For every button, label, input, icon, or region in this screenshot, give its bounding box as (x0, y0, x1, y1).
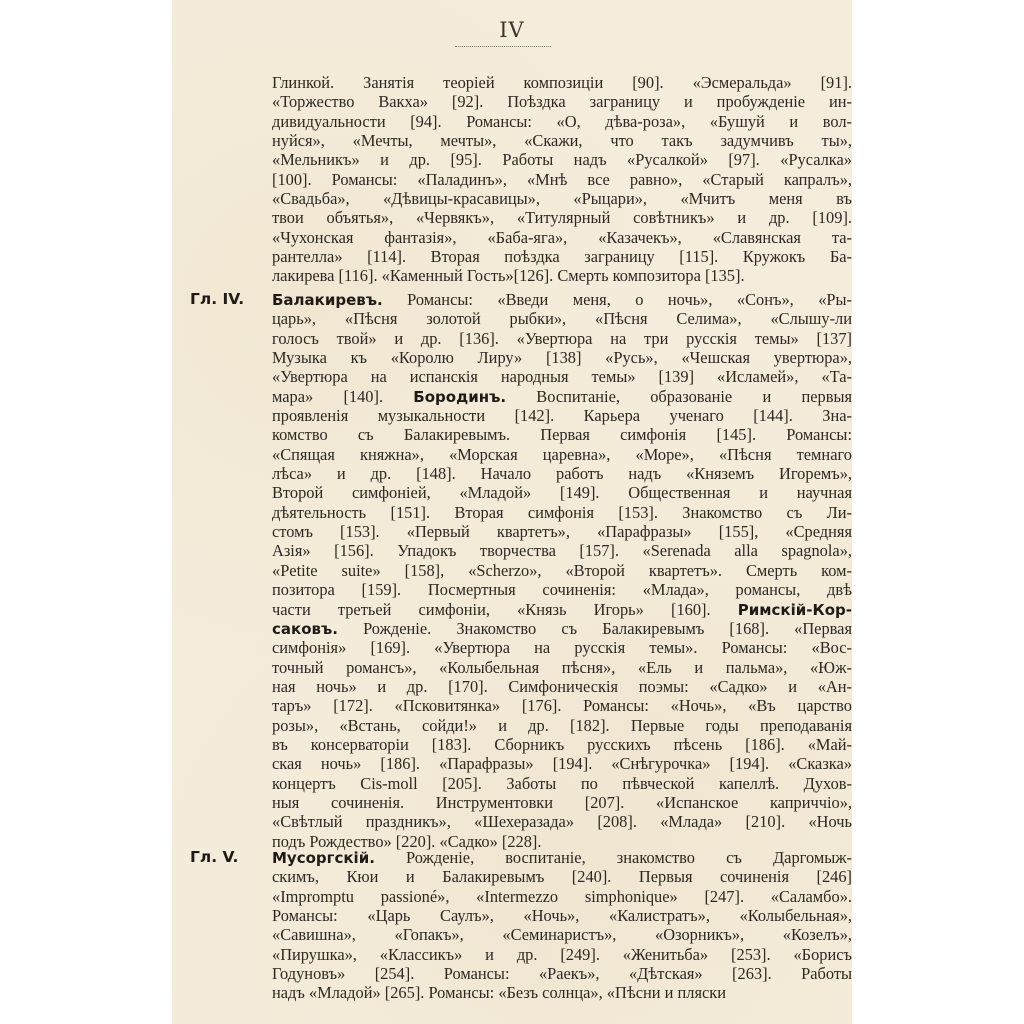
text-line: стомъ [153]. «Первый квартетъ», «Парафра… (272, 522, 852, 541)
text-line: «Petite suite» [158], «Scherzo», «Второй… (272, 561, 852, 580)
composer-name: Бородинъ. (413, 388, 506, 406)
entry-text: «Спящая княжна», «Морская царевна», «Мор… (272, 445, 852, 464)
entry-text: Воспитаніе, образованіе и первыя (506, 387, 852, 406)
text-line: твои объятья», «Червякъ», «Титулярный со… (272, 208, 852, 227)
book-page: IV Глинкой. Занятія теоріей композиціи [… (172, 0, 852, 1024)
entry-text: симфонія» [169]. «Увертюра на русскія те… (272, 638, 852, 657)
text-line: рантелла» [114]. Вторая поѣздка заграниц… (272, 247, 852, 266)
entry-text: Романсы: «Введи меня, о ночь», «Сонъ», «… (383, 290, 852, 309)
text-line: ная ночь» и др. [170]. Симфоническія поэ… (272, 677, 852, 696)
text-line: Глинкой. Занятія теоріей композиціи [90]… (272, 73, 852, 92)
entry-text: Рожденіе. Знакомство съ Балакиревымъ [16… (338, 619, 852, 638)
text-line: Азія» [156]. Упадокъ творчества [157]. «… (272, 541, 852, 560)
text-line: [100]. Романсы: «Паладинъ», «Мнѣ все рав… (272, 170, 852, 189)
entry-text: части третьей симфоніи, «Князь Игорь» [1… (272, 600, 738, 619)
text-line: розы», «Встань, сойди!» и др. [182]. Пер… (272, 716, 852, 735)
text-line: въ консерваторіи [183]. Сборникъ русских… (272, 735, 852, 754)
entry-text: скимъ, Кюи и Балакиревымъ [240]. Первыя … (272, 867, 852, 886)
text-line: «Торжество Вакха» [92]. Поѣздка заграниц… (272, 92, 852, 111)
text-line: дѣятельность [151]. Вторая симфонія [153… (272, 503, 852, 522)
text-line: голосъ твой» и др. [136]. «Увертюра на т… (272, 329, 852, 348)
entry-text: Второй симфоніей, «Младой» [149]. Общест… (272, 483, 852, 502)
text-line: ская ночь» [186]. «Парафразы» [194]. «Сн… (272, 754, 852, 773)
text-line: Музыка къ «Королю Лиру» [138] «Русь», «Ч… (272, 348, 852, 367)
text-line: надъ «Младой» [265]. Романсы: «Безъ солн… (272, 983, 852, 1002)
chapter-5-entry: Гл. V. Мусоргскій. Рожденіе, воспитаніе,… (272, 848, 852, 1003)
text-line: дивидуальности [94]. Романсы: «О, дѣва-р… (272, 112, 852, 131)
entry-text: мара» [140]. (272, 387, 413, 406)
entry-text: царь», «Пѣсня золотой рыбки», «Пѣсня Сел… (272, 309, 852, 328)
text-line: «Мельникъ» и др. [95]. Работы надъ «Руса… (272, 150, 852, 169)
text-line: «Чухонская фантазія», «Баба-яга», «Казач… (272, 228, 852, 247)
entry-text: проявленія музыкальности [142]. Карьера … (272, 406, 852, 425)
text-line: комство съ Балакиревымъ. Первая симфонія… (272, 425, 852, 444)
entry-text: ная ночь» и др. [170]. Симфоническія поэ… (272, 677, 852, 696)
text-line: ныя сочиненія. Инструментовки [207]. «Ис… (272, 793, 852, 812)
entry-text: надъ «Младой» [265]. Романсы: «Безъ солн… (272, 983, 726, 1002)
text-line: точный романсъ», «Колыбельная пѣсня», «Е… (272, 658, 852, 677)
composer-name: Римскій-Кор- (738, 601, 852, 619)
text-line: саковъ. Рожденіе. Знакомство съ Балакире… (272, 619, 852, 638)
text-line: мара» [140]. Бородинъ. Воспитаніе, образ… (272, 387, 852, 406)
entry-text: въ консерваторіи [183]. Сборникъ русских… (272, 735, 852, 754)
entry-text: «Пирушка», «Классикъ» и др. [249]. «Жени… (272, 945, 852, 964)
page-number: IV (172, 18, 852, 42)
chapter-label: Гл. IV. (190, 290, 244, 308)
entry-text: «Petite suite» [158], «Scherzo», «Второй… (272, 561, 852, 580)
text-line: нуйся», «Мечты, мечты», «Скажи, что такъ… (272, 131, 852, 150)
composer-name: Балакиревъ. (272, 291, 383, 309)
composer-name: Мусоргскій. (272, 849, 375, 867)
text-line: Балакиревъ. Романсы: «Введи меня, о ночь… (272, 290, 852, 309)
entry-text: стомъ [153]. «Первый квартетъ», «Парафра… (272, 522, 852, 541)
text-line: «Савишна», «Гопакъ», «Семинаристъ», «Озо… (272, 925, 852, 944)
entry-text: Романсы: «Царь Саулъ», «Ночь», «Калистра… (272, 906, 852, 925)
text-line: лакирева [116]. «Каменный Гость»[126]. С… (272, 266, 852, 285)
entry-text: ская ночь» [186]. «Парафразы» [194]. «Сн… (272, 754, 852, 773)
entry-text: Рожденіе, воспитаніе, знакомство съ Дарг… (375, 848, 852, 867)
text-line: «Спящая княжна», «Морская царевна», «Мор… (272, 445, 852, 464)
text-line: царь», «Пѣсня золотой рыбки», «Пѣсня Сел… (272, 309, 852, 328)
entry-text: Азія» [156]. Упадокъ творчества [157]. «… (272, 541, 852, 560)
chapter-label: Гл. V. (190, 848, 238, 866)
text-line: лѣса» и др. [148]. Начало работъ надъ «К… (272, 464, 852, 483)
entry-text: таръ» [172]. «Псковитянка» [176]. Романс… (272, 696, 852, 715)
text-line: «Пирушка», «Классикъ» и др. [249]. «Жени… (272, 945, 852, 964)
text-line: части третьей симфоніи, «Князь Игорь» [1… (272, 600, 852, 619)
text-line: Мусоргскій. Рожденіе, воспитаніе, знаком… (272, 848, 852, 867)
entry-text: ныя сочиненія. Инструментовки [207]. «Ис… (272, 793, 852, 812)
entry-text: лѣса» и др. [148]. Начало работъ надъ «К… (272, 464, 852, 483)
chapter-4-entry: Гл. IV. Балакиревъ. Романсы: «Введи меня… (272, 290, 852, 851)
entry-text: «Савишна», «Гопакъ», «Семинаристъ», «Озо… (272, 925, 852, 944)
entry-text: «Свѣтлый праздникъ», «Шехеразада» [208].… (272, 812, 852, 831)
entry-text: точный романсъ», «Колыбельная пѣсня», «Е… (272, 658, 852, 677)
entry-text: розы», «Встань, сойди!» и др. [182]. Пер… (272, 716, 852, 735)
entry-text: «Увертюра на испанскія народныя темы» [1… (272, 367, 852, 386)
entry-text: комство съ Балакиревымъ. Первая симфонія… (272, 425, 852, 444)
entry-text: концертъ Cis-moll [205]. Заботы по пѣвче… (272, 774, 852, 793)
text-line: Второй симфоніей, «Младой» [149]. Общест… (272, 483, 852, 502)
continuation-paragraph: Глинкой. Занятія теоріей композиціи [90]… (272, 73, 852, 286)
text-line: проявленія музыкальности [142]. Карьера … (272, 406, 852, 425)
entry-text: позитора [159]. Посмертныя сочиненія: «М… (272, 580, 852, 599)
entry-text: голосъ твой» и др. [136]. «Увертюра на т… (272, 329, 852, 348)
entry-text: Музыка къ «Королю Лиру» [138] «Русь», «Ч… (272, 348, 852, 367)
composer-name: саковъ. (272, 620, 338, 638)
text-line: «Свадьба», «Дѣвицы-красавицы», «Рыцари»,… (272, 189, 852, 208)
entry-text: «Impromptu passioné», «Intermezzo simpho… (272, 887, 852, 906)
text-line: скимъ, Кюи и Балакиревымъ [240]. Первыя … (272, 867, 852, 886)
text-line: «Impromptu passioné», «Intermezzo simpho… (272, 887, 852, 906)
text-line: концертъ Cis-moll [205]. Заботы по пѣвче… (272, 774, 852, 793)
text-line: Годуновъ» [254]. Романсы: «Раекъ», «Дѣтс… (272, 964, 852, 983)
text-line: «Свѣтлый праздникъ», «Шехеразада» [208].… (272, 812, 852, 831)
text-line: симфонія» [169]. «Увертюра на русскія те… (272, 638, 852, 657)
text-line: Романсы: «Царь Саулъ», «Ночь», «Калистра… (272, 906, 852, 925)
text-line: «Увертюра на испанскія народныя темы» [1… (272, 367, 852, 386)
entry-text: Годуновъ» [254]. Романсы: «Раекъ», «Дѣтс… (272, 964, 852, 983)
text-line: позитора [159]. Посмертныя сочиненія: «М… (272, 580, 852, 599)
entry-text: дѣятельность [151]. Вторая симфонія [153… (272, 503, 852, 522)
folio-divider (455, 46, 551, 47)
text-line: таръ» [172]. «Псковитянка» [176]. Романс… (272, 696, 852, 715)
